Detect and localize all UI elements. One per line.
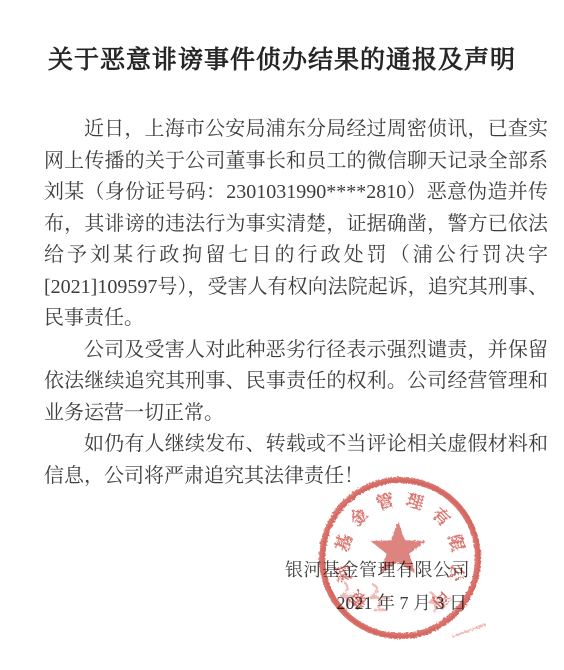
- svg-text:基: 基: [333, 532, 356, 553]
- body-paragraph: 如仍有人继续发布、转载或不当评论相关虚假材料和信息，公司将严肃追究其法律责任！: [44, 429, 548, 492]
- signature-date: 2021 年 7 月 3 日: [337, 589, 468, 615]
- body-paragraph: 公司及受害人对此种恶劣行径表示强烈谴责，并保留依法继续追究其刑事、民事责任的权利…: [44, 335, 548, 430]
- svg-text:理: 理: [404, 491, 426, 514]
- body-paragraph: 近日，上海市公安局浦东分局经过周密侦讯，已查实网上传播的关于公司董事长和员工的微…: [44, 114, 548, 335]
- document-title: 关于恶意诽谤事件侦办结果的通报及声明: [0, 40, 564, 76]
- svg-text:金: 金: [346, 504, 372, 530]
- signature-company: 银河基金管理有限公司: [285, 556, 470, 582]
- document-body: 近日，上海市公安局浦东分局经过周密侦讯，已查实网上传播的关于公司董事长和员工的微…: [44, 114, 548, 492]
- document-page: 关于恶意诽谤事件侦办结果的通报及声明 近日，上海市公安局浦东分局经过周密侦讯，已…: [0, 0, 564, 670]
- svg-text:有: 有: [428, 504, 454, 530]
- svg-text:限: 限: [445, 532, 468, 553]
- svg-text:管: 管: [374, 490, 396, 514]
